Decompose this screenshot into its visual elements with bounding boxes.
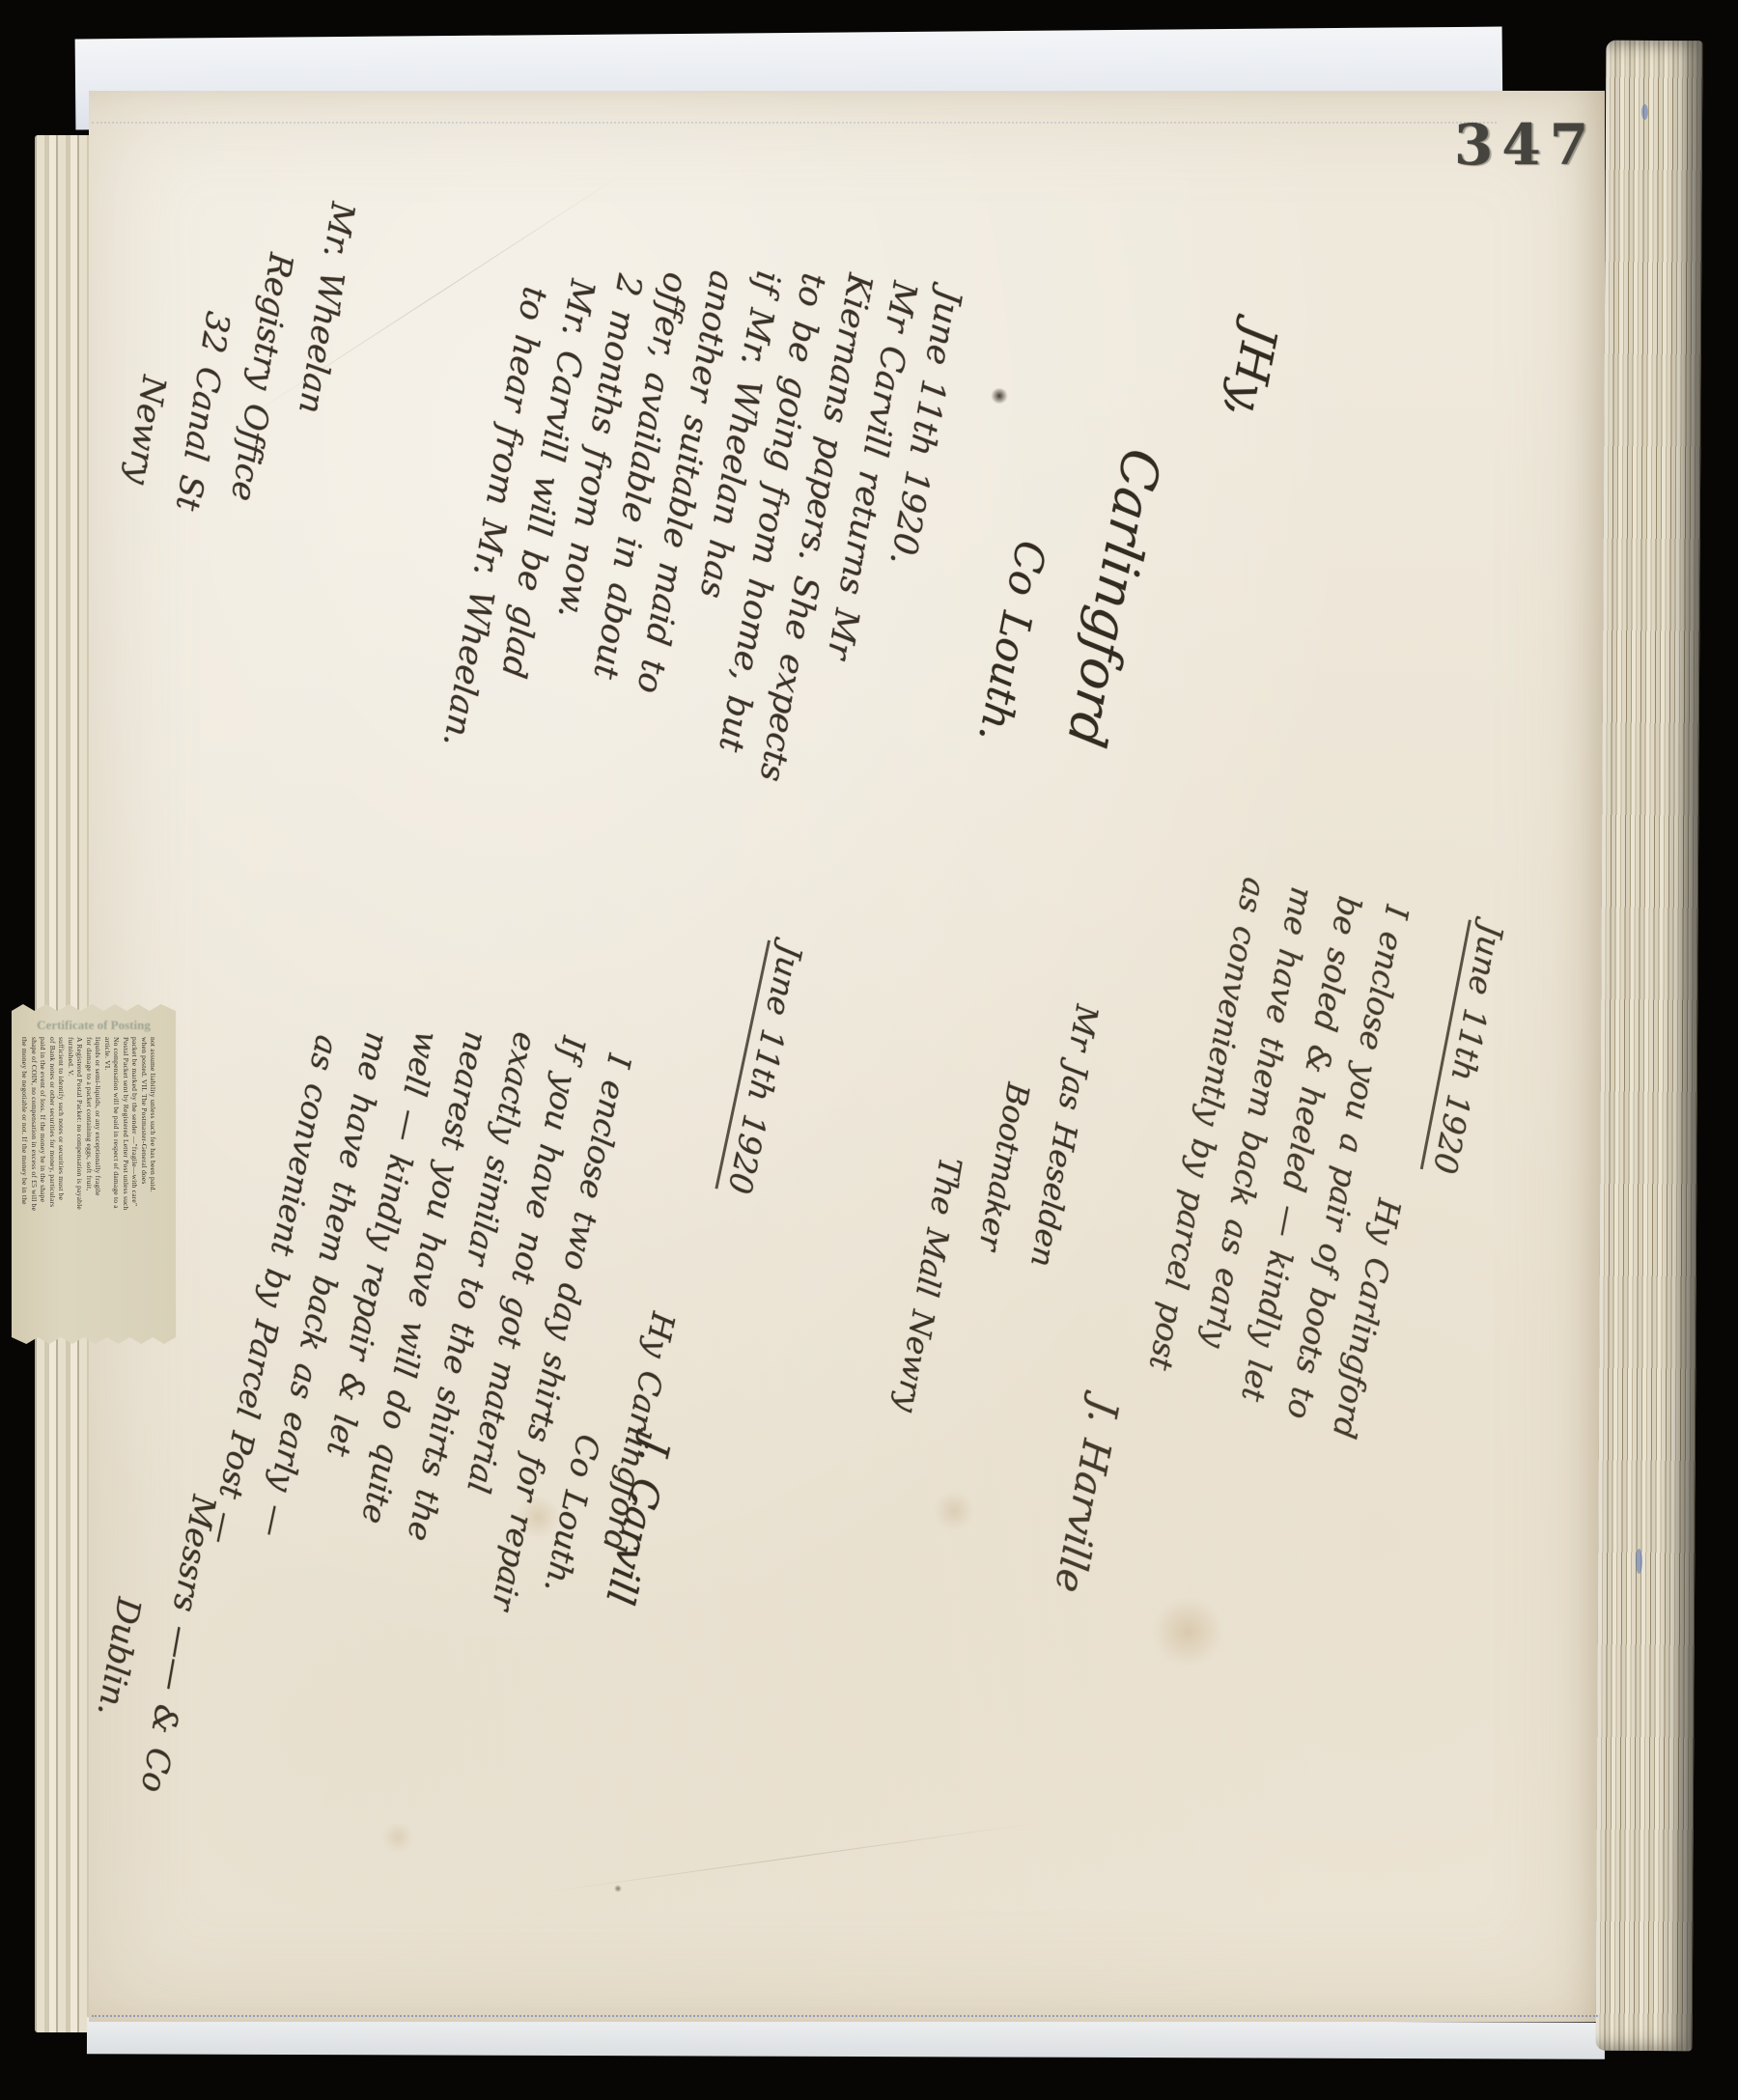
text-line: No compensation will be paid in respect … <box>112 1037 122 1332</box>
stitch-dotted-line-top <box>92 122 1497 124</box>
blue-ink-speck <box>1641 104 1648 120</box>
text-line: A Registered Postal Packet: no compensat… <box>75 1037 85 1332</box>
newspaper-clipping: Certificate of Posting the money be nego… <box>12 1004 176 1344</box>
page-number-stamp: 347 <box>1454 112 1597 178</box>
book-fore-edge <box>1596 41 1703 2051</box>
text-line: when posted. VII. The Postmaster-General… <box>140 1037 150 1332</box>
page-scan: { "page": { "number": "347" }, "colors":… <box>0 0 1738 2100</box>
text-line: of Bank notes or other securities for mo… <box>48 1037 58 1332</box>
clipping-text: the money be negotiable or not. If the m… <box>20 1037 159 1332</box>
text-line: shape of COIN, no compensation in excess… <box>30 1037 40 1332</box>
text-line: for damage to a packet containing eggs, … <box>85 1037 95 1332</box>
stitch-dotted-line-bottom <box>92 2015 1598 2017</box>
text-line: packet be marked by the sender —"fragile… <box>130 1037 140 1332</box>
blue-ink-speck <box>1636 1549 1642 1574</box>
stain <box>932 1492 976 1530</box>
text-line: the money be negotiable or not. If the m… <box>20 1037 30 1332</box>
text-line: furnished. V. <box>67 1037 76 1332</box>
text-line: Postal Packet sent by Registered Letter … <box>122 1037 131 1332</box>
stain <box>381 1823 414 1852</box>
text-line: article. VI. <box>103 1037 113 1332</box>
dust-dot <box>614 1885 622 1892</box>
tissue-guard-bottom <box>87 2017 1605 2058</box>
text-line: paid in the event of loss. If the money … <box>39 1037 48 1332</box>
clipping-title: Certificate of Posting <box>15 1018 172 1033</box>
text-line: liquids or semi-liquids, or any exceptio… <box>94 1037 103 1332</box>
text-line: sufficient to identify such notes or sec… <box>57 1037 67 1332</box>
text-line: not assume liability unless such fee has… <box>149 1037 158 1332</box>
ink-blot <box>991 388 1008 404</box>
letter1-wheelan-maid: June 11th 1920.Mr Carvill returns MrKier… <box>432 214 971 821</box>
